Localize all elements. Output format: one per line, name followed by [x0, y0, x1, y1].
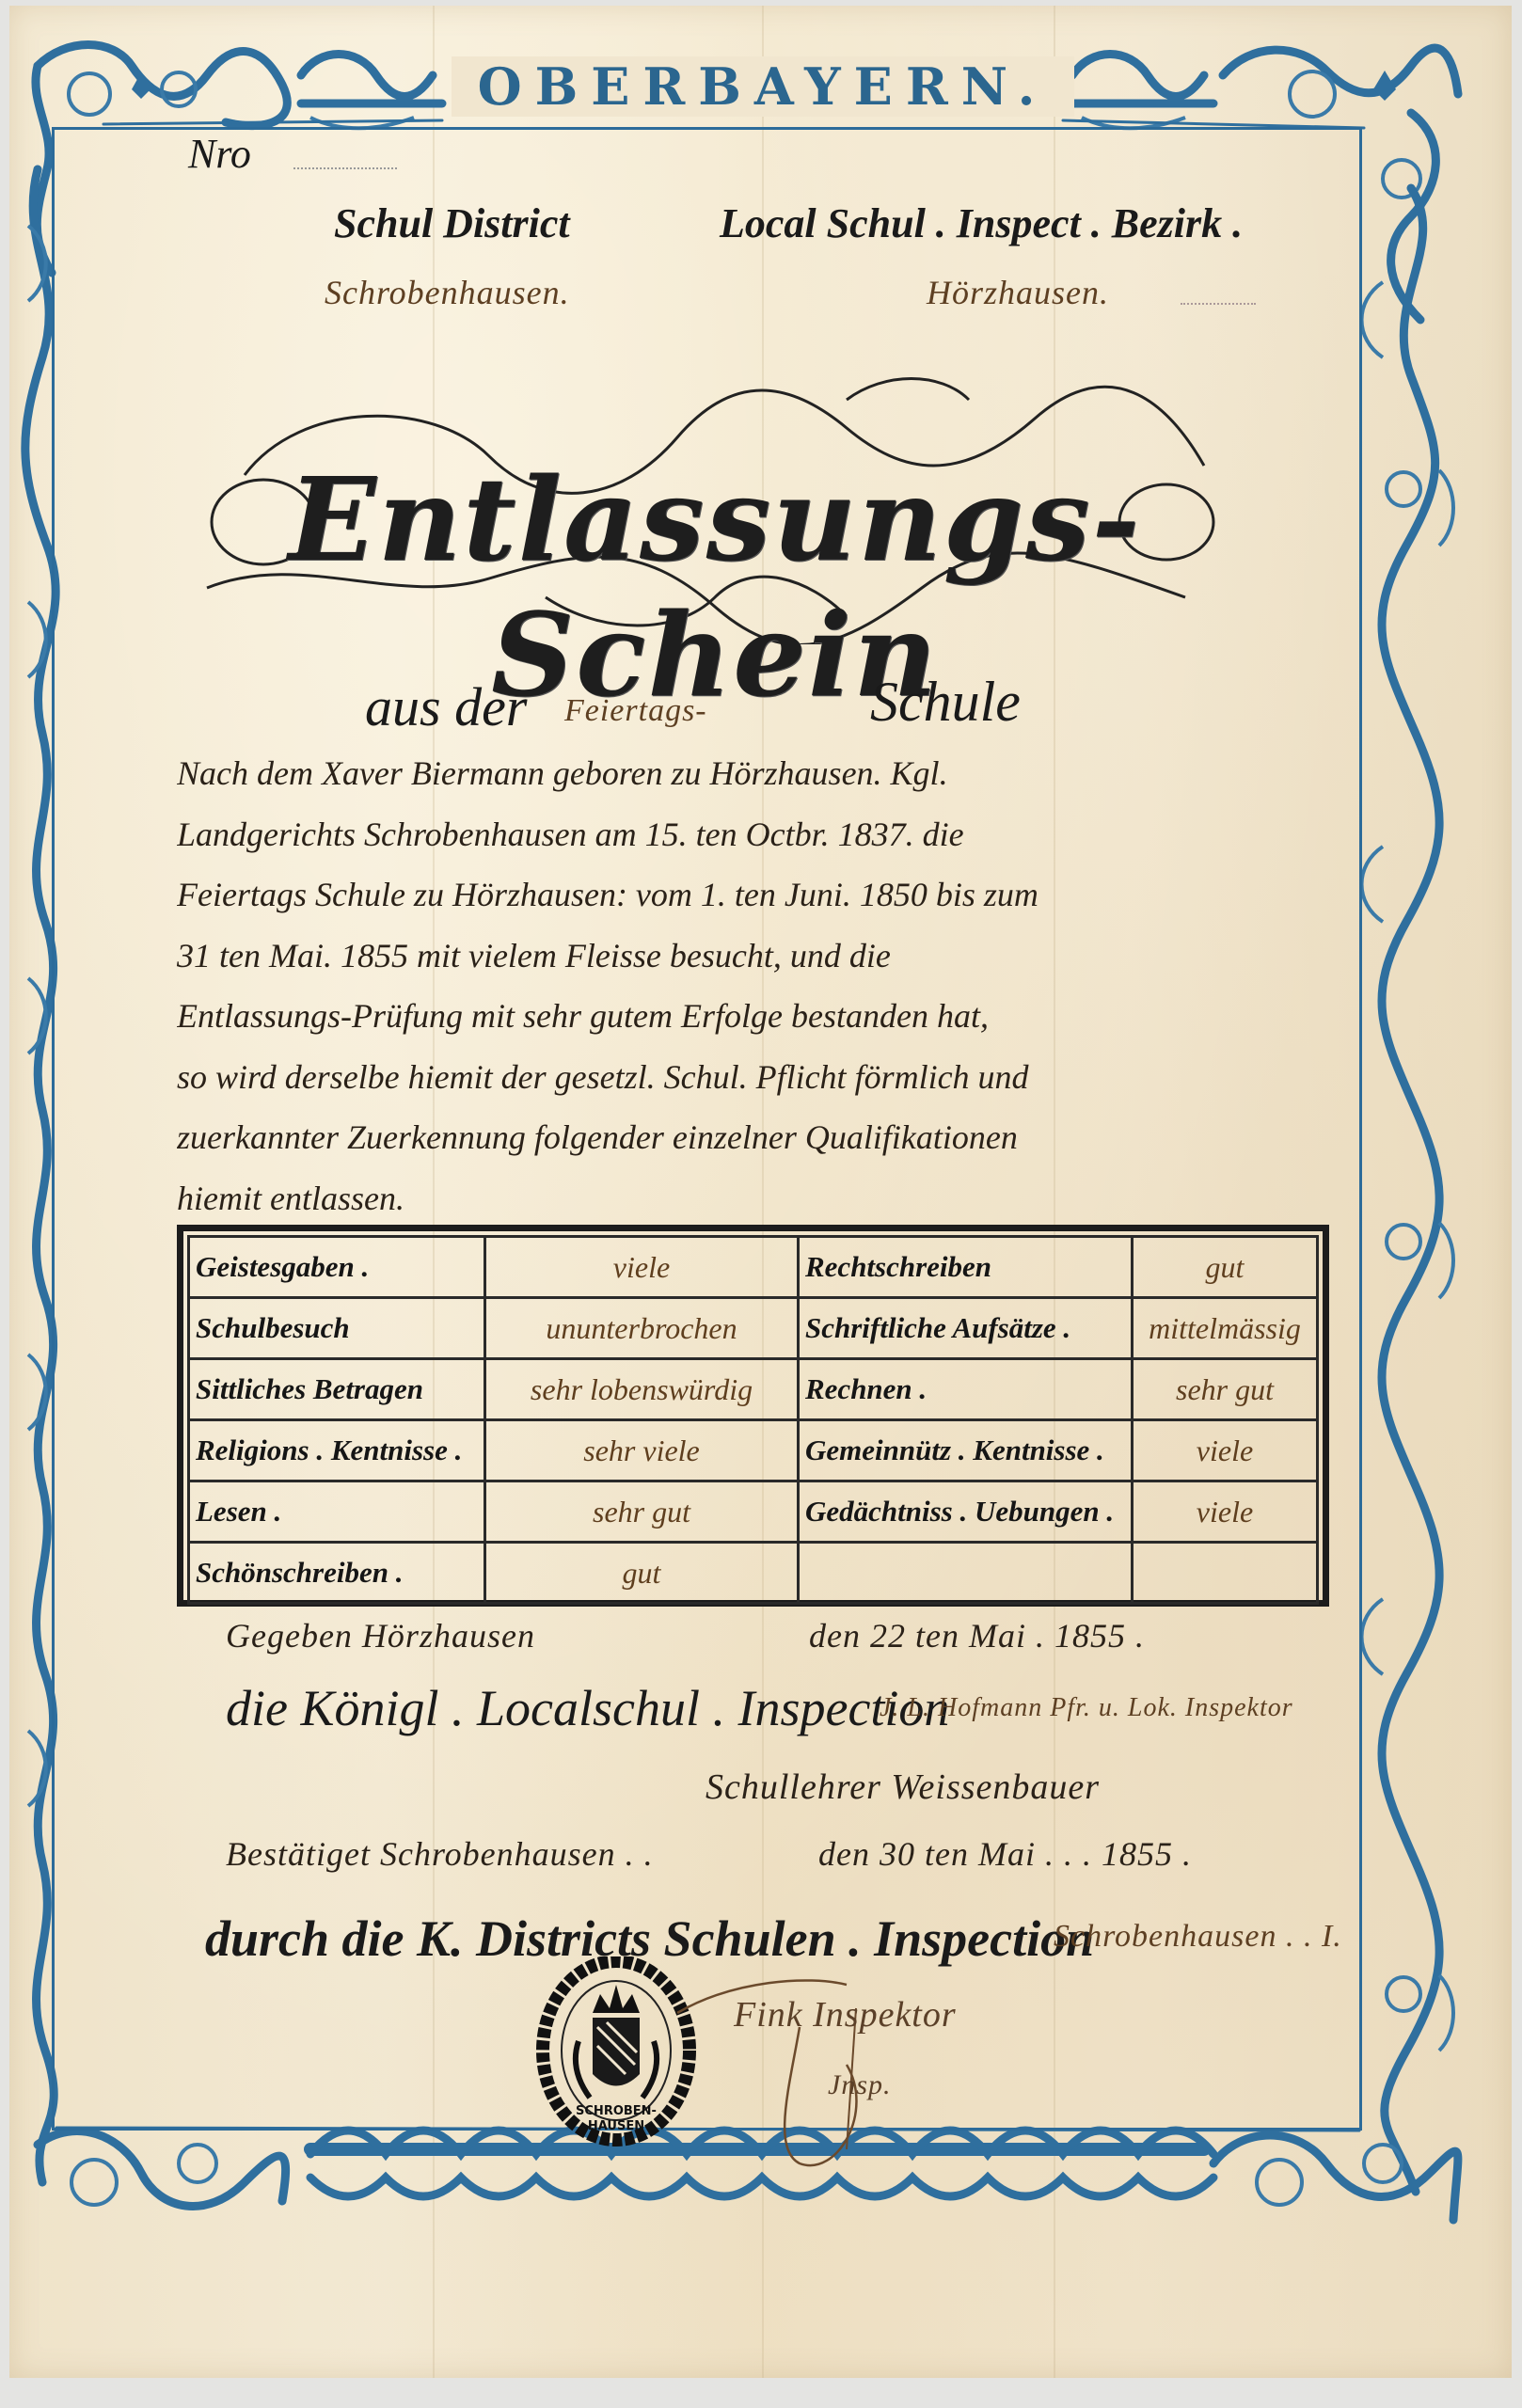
- body-line: Landgerichts Schrobenhausen am 15. ten O…: [177, 804, 1334, 865]
- body-line: Entlassungs-Prüfung mit sehr gutem Erfol…: [177, 986, 1334, 1047]
- grade-value: gut: [485, 1543, 799, 1604]
- table-row: Sittliches Betragen sehr lobenswürdig Re…: [189, 1359, 1318, 1420]
- number-label: Nro: [188, 130, 251, 178]
- inspection-field-dots: [1181, 303, 1256, 305]
- table-row: Religions . Kentnisse . sehr viele Gemei…: [189, 1420, 1318, 1481]
- body-line: Nach dem Xaver Biermann geboren zu Hörzh…: [177, 743, 1334, 804]
- grade-value: sehr gut: [485, 1481, 799, 1543]
- region-header: OBERBAYERN.: [452, 56, 1074, 117]
- given-date: den 22 ten Mai . 1855 .: [809, 1616, 1145, 1655]
- table-row: Geistesgaben . viele Rechtschreiben gut: [189, 1237, 1318, 1298]
- subject-label: [799, 1543, 1133, 1604]
- grade-value: sehr gut: [1133, 1359, 1318, 1420]
- grade-value: viele: [485, 1237, 799, 1298]
- body-line: Feiertags Schule zu Hörzhausen: vom 1. t…: [177, 864, 1334, 926]
- body-line: zuerkannter Zuerkennung folgender einzel…: [177, 1107, 1334, 1168]
- seal-bottom-text: SCHROBEN-: [576, 2104, 657, 2118]
- school-word: Schule: [870, 670, 1021, 735]
- right-band-ornament: [1362, 188, 1454, 2192]
- number-field-dots: [293, 167, 397, 169]
- grade-value: [1133, 1543, 1318, 1604]
- subject-label: Religions . Kentnisse .: [189, 1420, 485, 1481]
- grade-value: viele: [1133, 1420, 1318, 1481]
- subject-label: Rechtschreiben: [799, 1237, 1133, 1298]
- confirmation-date: den 30 ten Mai . . . 1855 .: [818, 1834, 1192, 1874]
- local-inspection-value: Hörzhausen.: [927, 273, 1109, 312]
- table-row: Schulbesuch ununterbrochen Schriftliche …: [189, 1298, 1318, 1359]
- subject-label: Schulbesuch: [189, 1298, 485, 1359]
- subject-label: Sittliches Betragen: [189, 1359, 485, 1420]
- school-district-value: Schrobenhausen.: [325, 273, 570, 312]
- school-district-label: Schul District: [334, 199, 570, 247]
- body-line: 31 ten Mai. 1855 mit vielem Fleisse besu…: [177, 926, 1334, 987]
- certificate-body-text: Nach dem Xaver Biermann geboren zu Hörzh…: [177, 743, 1334, 1228]
- crown-icon: [593, 1985, 640, 2013]
- school-type-handwritten: Feiertags-: [564, 693, 707, 729]
- certificate-title: Entlassungs-Schein: [188, 451, 1242, 722]
- subject-label: Lesen .: [189, 1481, 485, 1543]
- subject-label: Schönschreiben .: [189, 1543, 485, 1604]
- local-inspection-signoff: die Königl . Localschul . Inspection: [226, 1679, 949, 1737]
- subject-label: Gemeinnütz . Kentnisse .: [799, 1420, 1133, 1481]
- grade-value: gut: [1133, 1237, 1318, 1298]
- subject-label: Geistesgaben .: [189, 1237, 485, 1298]
- teacher-signature: Schullehrer Weissenbauer: [706, 1766, 1100, 1808]
- local-inspection-signer: J. L. Hofmann Pfr. u. Lok. Inspektor: [880, 1693, 1293, 1723]
- body-line: so wird derselbe hiemit der gesetzl. Sch…: [177, 1047, 1334, 1108]
- inspector-initial: Jnsp.: [828, 2069, 892, 2101]
- grade-value: sehr lobenswürdig: [485, 1359, 799, 1420]
- local-inspection-label: Local Schul . Inspect . Bezirk .: [720, 199, 1243, 247]
- school-prefix: aus der: [365, 675, 527, 738]
- table-row: Lesen . sehr gut Gedächtniss . Uebungen …: [189, 1481, 1318, 1543]
- grades-table: Geistesgaben . viele Rechtschreiben gut …: [177, 1225, 1329, 1607]
- grade-value: sehr viele: [485, 1420, 799, 1481]
- table-row: Schönschreiben . gut: [189, 1543, 1318, 1604]
- confirmation-place: Bestätiget Schrobenhausen . .: [226, 1834, 654, 1874]
- svg-text:HAUSEN: HAUSEN: [588, 2119, 644, 2133]
- grade-value: ununterbrochen: [485, 1298, 799, 1359]
- district-inspection-place: Schrobenhausen . . I.: [1054, 1919, 1342, 1955]
- subject-label: Schriftliche Aufsätze .: [799, 1298, 1133, 1359]
- subject-label: Gedächtniss . Uebungen .: [799, 1481, 1133, 1543]
- inspector-signature: Fink Inspektor: [734, 1994, 957, 2036]
- grade-value: viele: [1133, 1481, 1318, 1543]
- body-line: hiemit entlassen.: [177, 1168, 1334, 1229]
- certificate-title-block: Entlassungs-Schein: [188, 362, 1242, 644]
- subject-label: Rechnen .: [799, 1359, 1133, 1420]
- given-place: Gegeben Hörzhausen: [226, 1616, 535, 1655]
- grade-value: mittelmässig: [1133, 1298, 1318, 1359]
